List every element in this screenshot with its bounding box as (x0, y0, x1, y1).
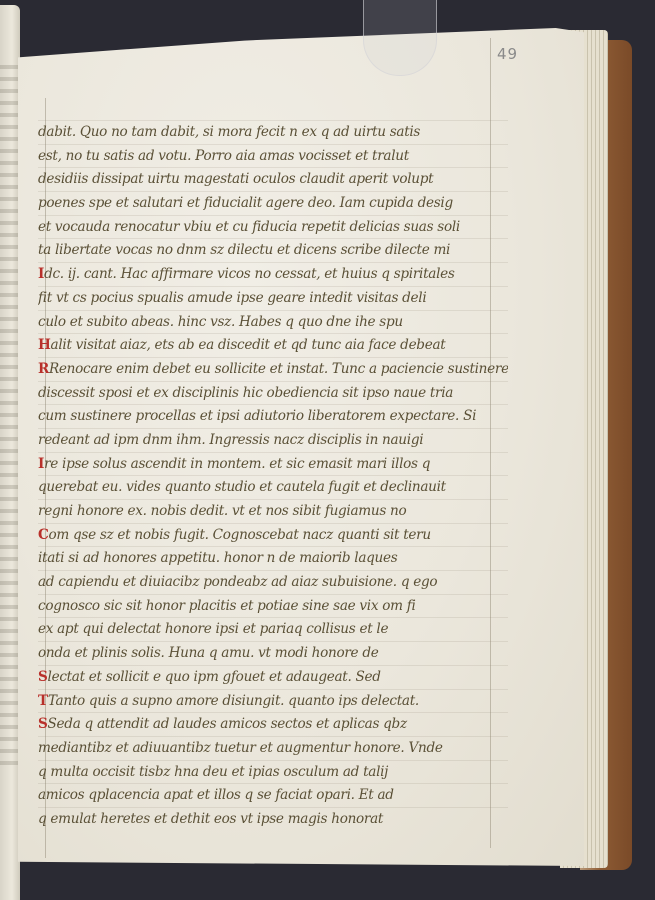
folio-number: 49 (497, 45, 518, 63)
line-text: q multa occisit tisbz hna deu et ipias o… (38, 764, 388, 780)
text-line: Slectat et sollicit e quo ipm gfouet et … (38, 665, 508, 689)
line-text: itati si ad honores appetitu. honor n de… (38, 550, 397, 566)
text-line: Halit visitat aiaz, ets ab ea discedit e… (38, 333, 508, 357)
text-line: TTanto quis a supno amore disiungit. qua… (38, 689, 508, 713)
text-line: q multa occisit tisbz hna deu et ipias o… (38, 760, 508, 784)
text-line: Ire ipse solus ascendit in montem. et si… (38, 452, 508, 476)
text-line: est, no tu satis ad votu. Porro aia amas… (38, 144, 508, 168)
line-text: mediantibz et adiuuantibz tuetur et augm… (38, 740, 443, 756)
rubricated-initial: S (38, 669, 48, 685)
text-line: redeant ad ipm dnm ihm. Ingressis nacz d… (38, 428, 508, 452)
text-line: discessit sposi et ex disciplinis hic ob… (38, 381, 508, 405)
text-line: cognosco sic sit honor placitis et potia… (38, 594, 508, 618)
text-line: dabit. Quo no tam dabit, si mora fecit n… (38, 120, 508, 144)
text-line: ta libertate vocas no dnm sz dilectu et … (38, 238, 508, 262)
text-line: regni honore ex. nobis dedit. vt et nos … (38, 499, 508, 523)
facing-left-page (0, 5, 20, 900)
line-text: poenes spe et salutari et fiducialit age… (38, 195, 453, 211)
line-text: q emulat heretes et dethit eos vt ipse m… (38, 811, 383, 827)
line-text: Seda q attendit ad laudes amicos sectos … (48, 716, 407, 732)
rubricated-initial: T (38, 693, 48, 709)
line-text: querebat eu. vides quanto studio et caut… (38, 479, 446, 495)
text-line: ex apt qui delectat honore ipsi et paria… (38, 617, 508, 641)
line-text: ad capiendu et diuiacibz pondeabz ad aia… (38, 574, 437, 590)
line-text: cum sustinere procellas et ipsi adiutori… (38, 408, 476, 424)
line-text: re ipse solus ascendit in montem. et sic… (44, 456, 430, 472)
line-text: onda et plinis solis. Huna q amu. vt mod… (38, 645, 378, 661)
line-text: est, no tu satis ad votu. Porro aia amas… (38, 148, 409, 164)
line-text: redeant ad ipm dnm ihm. Ingressis nacz d… (38, 432, 423, 448)
text-line: Idc. ij. cant. Hac affirmare vicos no ce… (38, 262, 508, 286)
text-line: onda et plinis solis. Huna q amu. vt mod… (38, 641, 508, 665)
text-line: et vocauda renocatur vbiu et cu fiducia … (38, 215, 508, 239)
manuscript-text: dabit. Quo no tam dabit, si mora fecit n… (38, 120, 508, 831)
rubricated-initial: R (38, 361, 49, 377)
line-text: fit vt cs pocius spualis amude ipse gear… (38, 290, 426, 306)
text-line: querebat eu. vides quanto studio et caut… (38, 475, 508, 499)
text-line: amicos qplacencia apat et illos q se fac… (38, 783, 508, 807)
text-line: RRenocare enim debet eu sollicite et ins… (38, 357, 508, 381)
text-line: Com qse sz et nobis fugit. Cognoscebat n… (38, 523, 508, 547)
line-text: Renocare enim debet eu sollicite et inst… (49, 361, 508, 377)
rubricated-initial: C (38, 527, 49, 543)
text-line: fit vt cs pocius spualis amude ipse gear… (38, 286, 508, 310)
line-text: ta libertate vocas no dnm sz dilectu et … (38, 242, 450, 258)
line-text: ex apt qui delectat honore ipsi et paria… (38, 621, 388, 637)
text-line: SSeda q attendit ad laudes amicos sectos… (38, 712, 508, 736)
text-line: culo et subito abeas. hinc vsz. Habes q … (38, 310, 508, 334)
text-line: mediantibz et adiuuantibz tuetur et augm… (38, 736, 508, 760)
facing-page-text (0, 65, 18, 765)
text-line: cum sustinere procellas et ipsi adiutori… (38, 404, 508, 428)
line-text: dabit. Quo no tam dabit, si mora fecit n… (38, 124, 420, 140)
line-text: amicos qplacencia apat et illos q se fac… (38, 787, 394, 803)
line-text: et vocauda renocatur vbiu et cu fiducia … (38, 219, 460, 235)
line-text: alit visitat aiaz, ets ab ea discedit et… (51, 337, 446, 353)
line-text: regni honore ex. nobis dedit. vt et nos … (38, 503, 406, 519)
text-line: q emulat heretes et dethit eos vt ipse m… (38, 807, 508, 831)
text-line: poenes spe et salutari et fiducialit age… (38, 191, 508, 215)
line-text: lectat et sollicit e quo ipm gfouet et a… (48, 669, 381, 685)
rubricated-initial: S (38, 716, 48, 732)
line-text: Tanto quis a supno amore disiungit. quan… (48, 693, 419, 709)
line-text: desidiis dissipat uirtu magestati oculos… (38, 171, 433, 187)
line-text: cognosco sic sit honor placitis et potia… (38, 598, 416, 614)
line-text: discessit sposi et ex disciplinis hic ob… (38, 385, 453, 401)
text-line: ad capiendu et diuiacibz pondeabz ad aia… (38, 570, 508, 594)
text-line: desidiis dissipat uirtu magestati oculos… (38, 167, 508, 191)
text-line: itati si ad honores appetitu. honor n de… (38, 546, 508, 570)
rubricated-initial: H (38, 337, 51, 353)
page-clip (363, 0, 437, 76)
line-text: dc. ij. cant. Hac affirmare vicos no ces… (44, 266, 454, 282)
line-text: culo et subito abeas. hinc vsz. Habes q … (38, 314, 403, 330)
line-text: om qse sz et nobis fugit. Cognoscebat na… (49, 527, 431, 543)
